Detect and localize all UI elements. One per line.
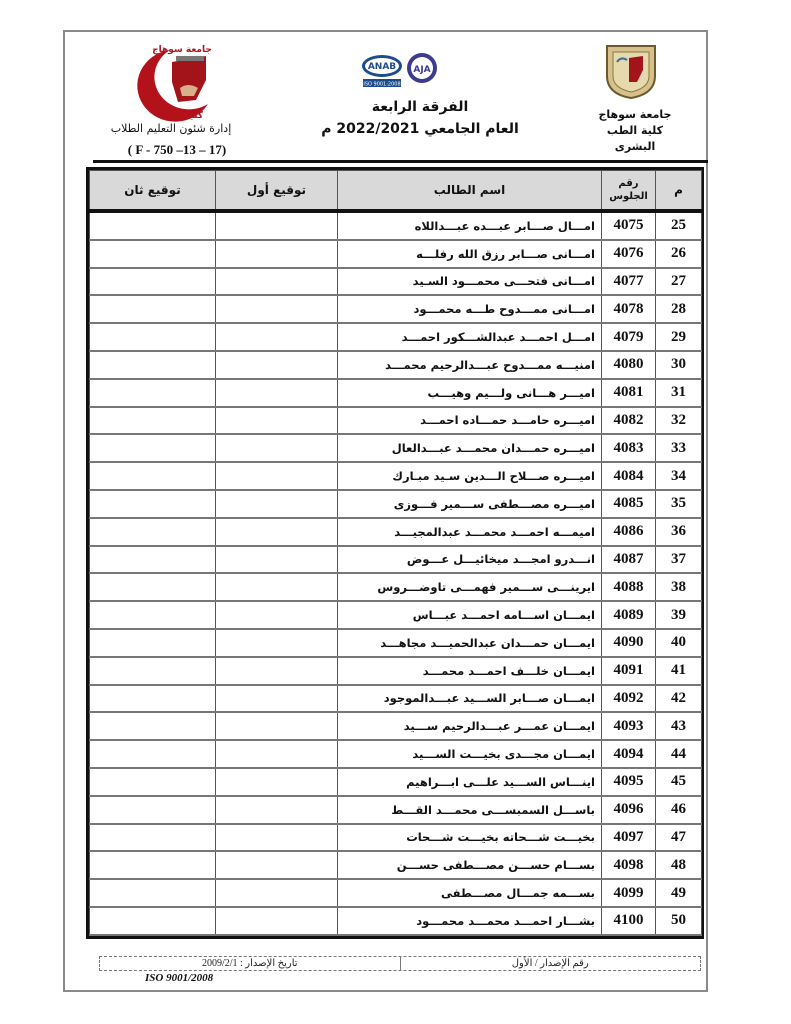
row-index: 25 (656, 211, 702, 240)
student-name: ايمـــان عمـــر عبـــدالرحيم ســـيد (338, 712, 602, 740)
first-signature-cell[interactable] (216, 824, 338, 852)
first-signature-cell[interactable] (216, 323, 338, 351)
seat-number: 4093 (602, 712, 656, 740)
issue-number: رقم الإصدار / الأول (401, 957, 701, 970)
seat-number: 4083 (602, 434, 656, 462)
aja-logo-icon: AJA (407, 53, 437, 83)
table-row: 264076امـــانى صـــابر رزق الله رفلـــه (90, 240, 702, 268)
student-name: ايمـــان اســـامه احمـــد عبـــاس (338, 601, 602, 629)
table-row: 434093ايمـــان عمـــر عبـــدالرحيم ســـي… (90, 712, 702, 740)
student-name: امـــل احمـــد عبدالشـــكور احمـــد (338, 323, 602, 351)
form-code: ( F - 750 –13 – 17) (112, 142, 242, 158)
row-index: 32 (656, 407, 702, 435)
column-header-seat-number: رقم الجلوس (602, 171, 656, 212)
second-signature-cell[interactable] (90, 657, 216, 685)
first-signature-cell[interactable] (216, 490, 338, 518)
student-name: بســـمه جمـــال مصـــطفى (338, 879, 602, 907)
second-signature-cell[interactable] (90, 240, 216, 268)
row-index: 35 (656, 490, 702, 518)
first-signature-cell[interactable] (216, 518, 338, 546)
second-signature-cell[interactable] (90, 268, 216, 296)
first-signature-cell[interactable] (216, 740, 338, 768)
column-header-index: م (656, 171, 702, 212)
svg-text:كلية الطب: كلية الطب (157, 111, 204, 121)
seat-header-line1: رقم (603, 177, 654, 190)
student-name: امـــانى صـــابر رزق الله رفلـــه (338, 240, 602, 268)
faculty-logo: جامعة سوهاج كلية الطب (110, 42, 230, 122)
seat-number: 4084 (602, 462, 656, 490)
row-index: 46 (656, 796, 702, 824)
row-index: 45 (656, 768, 702, 796)
first-signature-cell[interactable] (216, 768, 338, 796)
academic-year: العام الجامعي 2022/2021 م (320, 118, 520, 140)
department-label: إدارة شئون التعليم الطلاب (96, 122, 246, 135)
first-signature-cell[interactable] (216, 907, 338, 935)
first-signature-cell[interactable] (216, 268, 338, 296)
table-row: 364086اميمـــه احمـــد محمـــد عبدالمجيـ… (90, 518, 702, 546)
row-index: 41 (656, 657, 702, 685)
student-name: اميمـــه احمـــد محمـــد عبدالمجيـــد (338, 518, 602, 546)
row-index: 38 (656, 573, 702, 601)
table-row: 484098بســـام حســـن مصـــطفى حســـن (90, 851, 702, 879)
table-row: 274077امـــانى فتحـــى محمـــود السـيد (90, 268, 702, 296)
seat-number: 4079 (602, 323, 656, 351)
table-row: 314081اميـــر هـــانى ولـــيم وهيـــب (90, 379, 702, 407)
students-table: م رقم الجلوس اسم الطالب توقيع أول توقيع … (86, 167, 704, 939)
table-row: 504100بشـــار احمـــد محمـــد محمـــود (90, 907, 702, 935)
student-name: اميـــره حامـــد حمـــاده احمـــد (338, 407, 602, 435)
seat-number: 4076 (602, 240, 656, 268)
table-row: 304080امنيـــه ممـــدوح عبـــدالرحيم محم… (90, 351, 702, 379)
second-signature-cell[interactable] (90, 712, 216, 740)
seat-number: 4077 (602, 268, 656, 296)
seat-number: 4082 (602, 407, 656, 435)
first-signature-cell[interactable] (216, 407, 338, 435)
table-row: 424092ايمـــان صـــابر الســـيد عبـــدال… (90, 685, 702, 713)
first-signature-cell[interactable] (216, 879, 338, 907)
first-signature-cell[interactable] (216, 434, 338, 462)
header-divider (93, 160, 708, 163)
row-index: 34 (656, 462, 702, 490)
student-name: اميـــره مصـــطفى ســـمير فـــوزى (338, 490, 602, 518)
row-index: 42 (656, 685, 702, 713)
svg-text:AJA: AJA (413, 65, 430, 75)
second-signature-cell[interactable] (90, 796, 216, 824)
student-name: اميـــره صـــلاح الـــدين سـيد مبـارك (338, 462, 602, 490)
second-signature-cell[interactable] (90, 211, 216, 240)
table-row: 474097بخيـــت شـــحاته بخيـــت شـــحات (90, 824, 702, 852)
seat-number: 4095 (602, 768, 656, 796)
first-signature-cell[interactable] (216, 240, 338, 268)
first-signature-cell[interactable] (216, 657, 338, 685)
student-name: باســـل السمبســـى محمـــد القـــط (338, 796, 602, 824)
second-signature-cell[interactable] (90, 351, 216, 379)
university-seal-icon (603, 42, 659, 100)
student-name: بشـــار احمـــد محمـــد محمـــود (338, 907, 602, 935)
row-index: 44 (656, 740, 702, 768)
table-row: 354085اميـــره مصـــطفى ســـمير فـــوزى (90, 490, 702, 518)
faculty-label: كلية الطب البشرى (590, 123, 680, 155)
student-name: انـــدرو امجـــد ميخائيـــل عـــوض (338, 546, 602, 574)
first-signature-cell[interactable] (216, 546, 338, 574)
row-index: 31 (656, 379, 702, 407)
seat-number: 4090 (602, 629, 656, 657)
student-name: ايمـــان خلـــف احمـــد محمـــد (338, 657, 602, 685)
seat-number: 4099 (602, 879, 656, 907)
row-index: 49 (656, 879, 702, 907)
second-signature-cell[interactable] (90, 824, 216, 852)
student-name: امـــانى ممـــدوح طـــه محمـــود (338, 295, 602, 323)
accreditation-logos: ANAB ISO 9001:2008 AJA (360, 52, 480, 92)
first-signature-cell[interactable] (216, 379, 338, 407)
table-row: 254075امـــال صـــابر عبـــده عبـــداللا… (90, 211, 702, 240)
first-signature-cell[interactable] (216, 712, 338, 740)
second-signature-cell[interactable] (90, 907, 216, 935)
table-row: 284078امـــانى ممـــدوح طـــه محمـــود (90, 295, 702, 323)
university-label: جامعة سوهاج (590, 107, 680, 123)
table-row: 374087انـــدرو امجـــد ميخائيـــل عـــوض (90, 546, 702, 574)
second-signature-cell[interactable] (90, 629, 216, 657)
student-name: اينـــاس الســـيد علـــى ابـــراهيم (338, 768, 602, 796)
row-index: 47 (656, 824, 702, 852)
second-signature-cell[interactable] (90, 546, 216, 574)
second-signature-cell[interactable] (90, 407, 216, 435)
row-index: 39 (656, 601, 702, 629)
year-level: الفرقة الرابعة (320, 96, 520, 118)
second-signature-cell[interactable] (90, 490, 216, 518)
table-row: 384088ايرينـــى ســـمير فهمـــى تاوضـــر… (90, 573, 702, 601)
table-row: 344084اميـــره صـــلاح الـــدين سـيد مبـ… (90, 462, 702, 490)
seat-number: 4085 (602, 490, 656, 518)
table-row: 404090ايمـــان حمـــدان عبدالحميـــد مجا… (90, 629, 702, 657)
svg-text:جامعة سوهاج: جامعة سوهاج (152, 45, 212, 55)
table-header-row: م رقم الجلوس اسم الطالب توقيع أول توقيع … (90, 171, 702, 212)
first-signature-cell[interactable] (216, 462, 338, 490)
student-name: ايمـــان صـــابر الســـيد عبـــدالموجود (338, 685, 602, 713)
student-name: ايمـــان حمـــدان عبدالحميـــد مجاهـــد (338, 629, 602, 657)
first-signature-cell[interactable] (216, 295, 338, 323)
issue-info-box: رقم الإصدار / الأول تاريخ الإصدار : 2009… (99, 956, 701, 971)
row-index: 30 (656, 351, 702, 379)
table-row: 334083اميـــره حمـــدان محمـــد عبـــدال… (90, 434, 702, 462)
second-signature-cell[interactable] (90, 295, 216, 323)
university-name: جامعة سوهاج كلية الطب البشرى (590, 107, 680, 155)
first-signature-cell[interactable] (216, 851, 338, 879)
student-name: امـــانى فتحـــى محمـــود السـيد (338, 268, 602, 296)
seat-number: 4078 (602, 295, 656, 323)
first-signature-cell[interactable] (216, 351, 338, 379)
seat-number: 4094 (602, 740, 656, 768)
row-index: 50 (656, 907, 702, 935)
seat-number: 4100 (602, 907, 656, 935)
seat-number: 4096 (602, 796, 656, 824)
seat-number: 4075 (602, 211, 656, 240)
second-signature-cell[interactable] (90, 434, 216, 462)
page-title: الفرقة الرابعة العام الجامعي 2022/2021 م (320, 96, 520, 140)
row-index: 37 (656, 546, 702, 574)
student-name: اميـــر هـــانى ولـــيم وهيـــب (338, 379, 602, 407)
column-header-student-name: اسم الطالب (338, 171, 602, 212)
table-row: 294079امـــل احمـــد عبدالشـــكور احمـــ… (90, 323, 702, 351)
student-name: بســـام حســـن مصـــطفى حســـن (338, 851, 602, 879)
seat-number: 4087 (602, 546, 656, 574)
table-row: 324082اميـــره حامـــد حمـــاده احمـــد (90, 407, 702, 435)
seat-number: 4089 (602, 601, 656, 629)
seat-number: 4088 (602, 573, 656, 601)
second-signature-cell[interactable] (90, 879, 216, 907)
student-name: اميـــره حمـــدان محمـــد عبـــدالعال (338, 434, 602, 462)
seat-header-line2: الجلوس (603, 190, 654, 203)
student-name: امـــال صـــابر عبـــده عبـــداللاه (338, 211, 602, 240)
second-signature-cell[interactable] (90, 740, 216, 768)
table-row: 464096باســـل السمبســـى محمـــد القـــط (90, 796, 702, 824)
table-row: 454095اينـــاس الســـيد علـــى ابـــراهي… (90, 768, 702, 796)
column-header-first-signature: توقيع أول (216, 171, 338, 212)
student-name: ايمـــان مجـــدى بخيـــت الســـيد (338, 740, 602, 768)
first-signature-cell[interactable] (216, 601, 338, 629)
student-name: امنيـــه ممـــدوح عبـــدالرحيم محمـــد (338, 351, 602, 379)
row-index: 29 (656, 323, 702, 351)
seat-number: 4097 (602, 824, 656, 852)
table-row: 444094ايمـــان مجـــدى بخيـــت الســـيد (90, 740, 702, 768)
table-row: 394089ايمـــان اســـامه احمـــد عبـــاس (90, 601, 702, 629)
row-index: 27 (656, 268, 702, 296)
student-name: بخيـــت شـــحاته بخيـــت شـــحات (338, 824, 602, 852)
second-signature-cell[interactable] (90, 462, 216, 490)
anab-logo-icon: ANAB ISO 9001:2008 (362, 55, 402, 88)
seat-number: 4091 (602, 657, 656, 685)
table-row: 414091ايمـــان خلـــف احمـــد محمـــد (90, 657, 702, 685)
first-signature-cell[interactable] (216, 573, 338, 601)
seat-number: 4080 (602, 351, 656, 379)
second-signature-cell[interactable] (90, 323, 216, 351)
svg-text:ISO 9001:2008: ISO 9001:2008 (363, 82, 400, 88)
second-signature-cell[interactable] (90, 601, 216, 629)
seat-number: 4098 (602, 851, 656, 879)
student-name: ايرينـــى ســـمير فهمـــى تاوضـــروس (338, 573, 602, 601)
row-index: 43 (656, 712, 702, 740)
row-index: 28 (656, 295, 702, 323)
iso-label: ISO 9001/2008 (145, 972, 213, 984)
second-signature-cell[interactable] (90, 685, 216, 713)
second-signature-cell[interactable] (90, 768, 216, 796)
seat-number: 4092 (602, 685, 656, 713)
second-signature-cell[interactable] (90, 851, 216, 879)
first-signature-cell[interactable] (216, 796, 338, 824)
row-index: 26 (656, 240, 702, 268)
svg-text:ANAB: ANAB (368, 62, 396, 72)
column-header-second-signature: توقيع ثان (90, 171, 216, 212)
row-index: 33 (656, 434, 702, 462)
issue-date: تاريخ الإصدار : 2009/2/1 (100, 957, 401, 970)
first-signature-cell[interactable] (216, 685, 338, 713)
seat-number: 4086 (602, 518, 656, 546)
second-signature-cell[interactable] (90, 573, 216, 601)
seat-number: 4081 (602, 379, 656, 407)
first-signature-cell[interactable] (216, 211, 338, 240)
table-row: 494099بســـمه جمـــال مصـــطفى (90, 879, 702, 907)
row-index: 36 (656, 518, 702, 546)
row-index: 40 (656, 629, 702, 657)
first-signature-cell[interactable] (216, 629, 338, 657)
second-signature-cell[interactable] (90, 379, 216, 407)
second-signature-cell[interactable] (90, 518, 216, 546)
row-index: 48 (656, 851, 702, 879)
